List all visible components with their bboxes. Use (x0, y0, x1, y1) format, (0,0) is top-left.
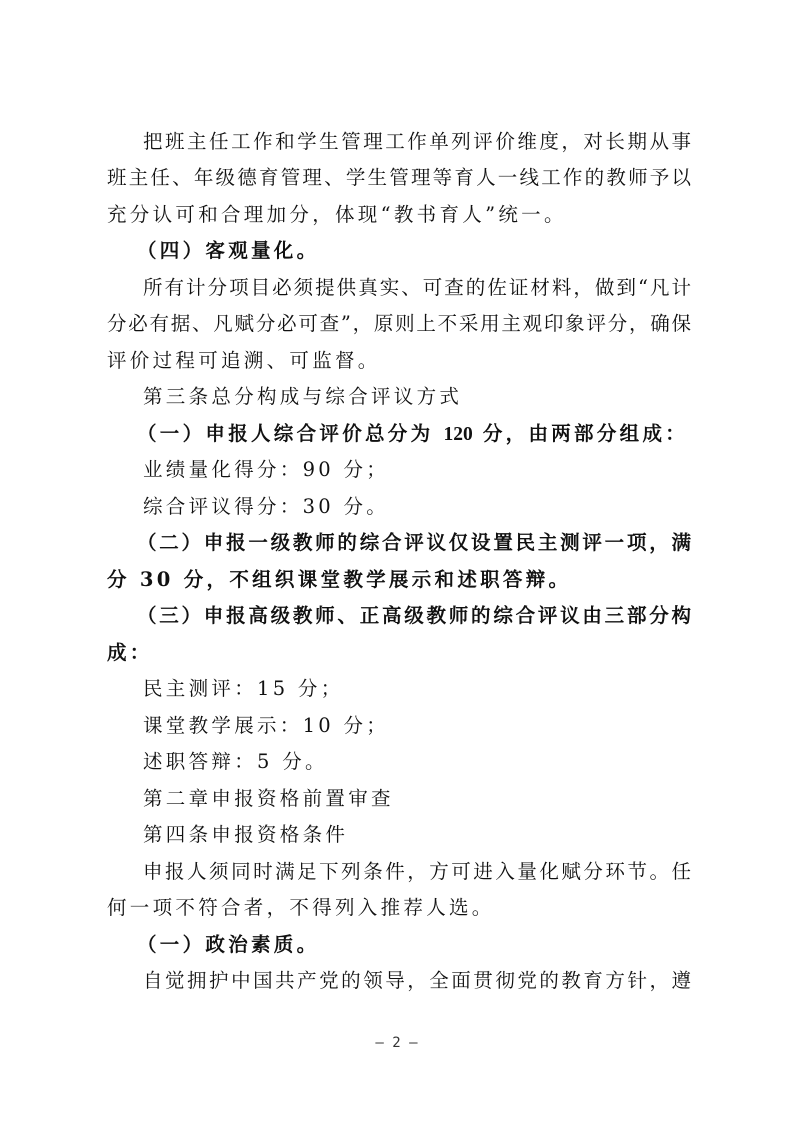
body-text: 分必有据、凡赋分必可查”，原则上不采用主观印象评分，确保 (107, 306, 691, 342)
article-title: 第三条总分构成与综合评议方式 (143, 379, 462, 415)
score-item: 业绩量化得分：90 分； (143, 452, 389, 488)
section-heading: 分 30 分，不组织课堂教学展示和述职答辩。 (107, 562, 571, 598)
body-text: 申报人须同时满足下列条件，方可进入量化赋分环节。任 (143, 854, 691, 890)
body-text: 自觉拥护中国共产党的领导，全面贯彻党的教育方针，遵 (143, 963, 691, 999)
body-text: 所有计分项目必须提供真实、可查的佐证材料，做到“凡计 (143, 270, 691, 306)
score-item: 述职答辩：5 分。 (143, 744, 328, 780)
score-item: 民主测评：15 分； (143, 671, 344, 707)
body-text: 评价过程可追溯、可监督。 (107, 343, 381, 379)
section-heading: （一）申报人综合评价总分为 120 分，由两部分组成： (137, 416, 688, 452)
body-text: 何一项不符合者，不得列入推荐人选。 (107, 890, 495, 926)
chapter-title: 第二章申报资格前置审查 (143, 781, 394, 817)
body-text: 把班主任工作和学生管理工作单列评价维度，对长期从事 (143, 124, 691, 160)
body-text: 充分认可和合理加分，体现“教书育人”统一。 (107, 197, 567, 233)
article-title: 第四条申报资格条件 (143, 817, 348, 853)
section-heading: （一）政治素质。 (137, 927, 319, 963)
section-heading: 成： (107, 635, 153, 671)
total-score: 120 (444, 424, 473, 445)
heading-text: 分，由两部分组成： (483, 422, 688, 445)
body-text: 班主任、年级德育管理、学生管理等育人一线工作的教师予以 (107, 160, 691, 196)
section-heading: （三）申报高级教师、正高级教师的综合评议由三部分构 (137, 598, 691, 634)
section-heading: （四）客观量化。 (137, 233, 319, 269)
score-item: 综合评议得分：30 分。 (143, 489, 389, 525)
section-heading: （二）申报一级教师的综合评议仅设置民主测评一项，满 (137, 525, 691, 561)
heading-text: （一）申报人综合评价总分为 (137, 422, 433, 445)
score-item: 课堂教学展示：10 分； (143, 708, 389, 744)
page-number: — 2 — (0, 1035, 793, 1051)
